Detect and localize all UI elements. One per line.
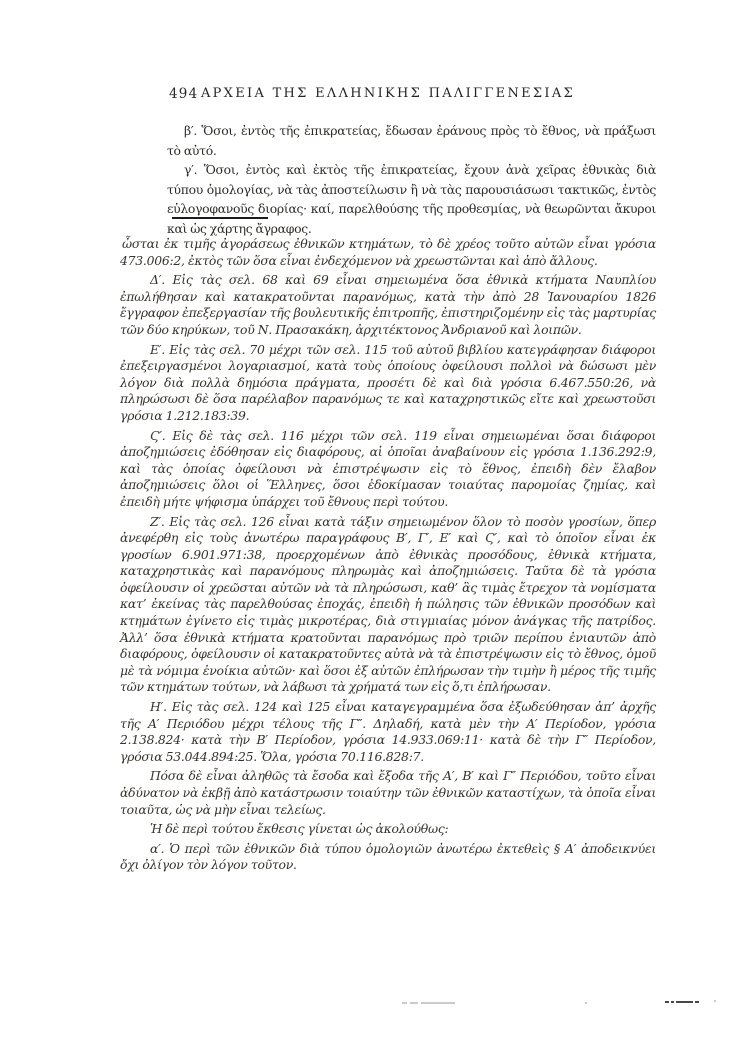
footnote-paragraph-delta: Δ′. Εἰς τὰς σελ. 68 καὶ 69 εἶναι σημειωμ… [120, 272, 656, 338]
footnote-block: ὦσται ἐκ τιμῆς ἀγοράσεως ἐθνικῶν κτημάτω… [120, 236, 656, 874]
scan-artifact [695, 1001, 699, 1003]
footnote-paragraph-continuation: ὦσται ἐκ τιμῆς ἀγοράσεως ἐθνικῶν κτημάτω… [120, 236, 656, 269]
main-paragraph: γ′. Ὅσοι, ἐντὸς καὶ ἐκτὸς τῆς ἐπικρατεία… [167, 160, 656, 238]
footnote-paragraph-eta: Η′. Εἰς τὰς σελ. 124 καὶ 125 εἶναι καταγ… [120, 699, 656, 765]
scan-artifact [671, 1001, 674, 1003]
scan-artifact [410, 1002, 418, 1004]
main-paragraph: β′. Ὅσοι, ἐντὸς τῆς ἐπικρατείας, ἔδωσαν … [167, 121, 656, 160]
running-title: ΑΡΧΕΙΑ ΤΗΣ ΕΛΛΗΝΙΚΗΣ ΠΑΛΙΓΓΕΝΕΣΙΑΣ [120, 86, 656, 101]
scan-artifact [665, 1001, 669, 1003]
footnote-paragraph-epsilon: Ε′. Εἰς τὰς σελ. 70 μέχρι τῶν σελ. 115 τ… [120, 342, 656, 425]
footnote-paragraph-totals: Πόσα δὲ εἶναι ἀληθῶς τὰ ἔσοδα καὶ ἔξοδα … [120, 768, 656, 818]
scan-artifact [585, 1002, 587, 1004]
scan-artifact [714, 1000, 716, 1002]
footnote-separator-rule [172, 217, 268, 219]
scan-artifact [676, 1001, 693, 1003]
footnote-paragraph-alpha: α′. Ὁ περὶ τῶν ἐθνικῶν διὰ τύπου ὁμολογι… [120, 841, 656, 874]
footnote-paragraph-stigma: Ϛ′. Εἰς δὲ τὰς σελ. 116 μέχρι τῶν σελ. 1… [120, 428, 656, 511]
scanned-book-page: 494 ΑΡΧΕΙΑ ΤΗΣ ΕΛΛΗΝΙΚΗΣ ΠΑΛΙΓΓΕΝΕΣΙΑΣ β… [0, 0, 744, 1052]
main-text-block: β′. Ὅσοι, ἐντὸς τῆς ἐπικρατείας, ἔδωσαν … [167, 121, 656, 239]
footnote-paragraph-zeta: Ζ′. Εἰς τὰς σελ. 126 εἶναι κατὰ τάξιν ση… [120, 514, 656, 697]
scan-artifact [421, 1002, 455, 1004]
footnote-paragraph-report-intro: Ἡ δὲ περὶ τούτου ἔκθεσις γίνεται ὡς ἀκολ… [120, 821, 656, 838]
scan-artifact [402, 1002, 407, 1004]
